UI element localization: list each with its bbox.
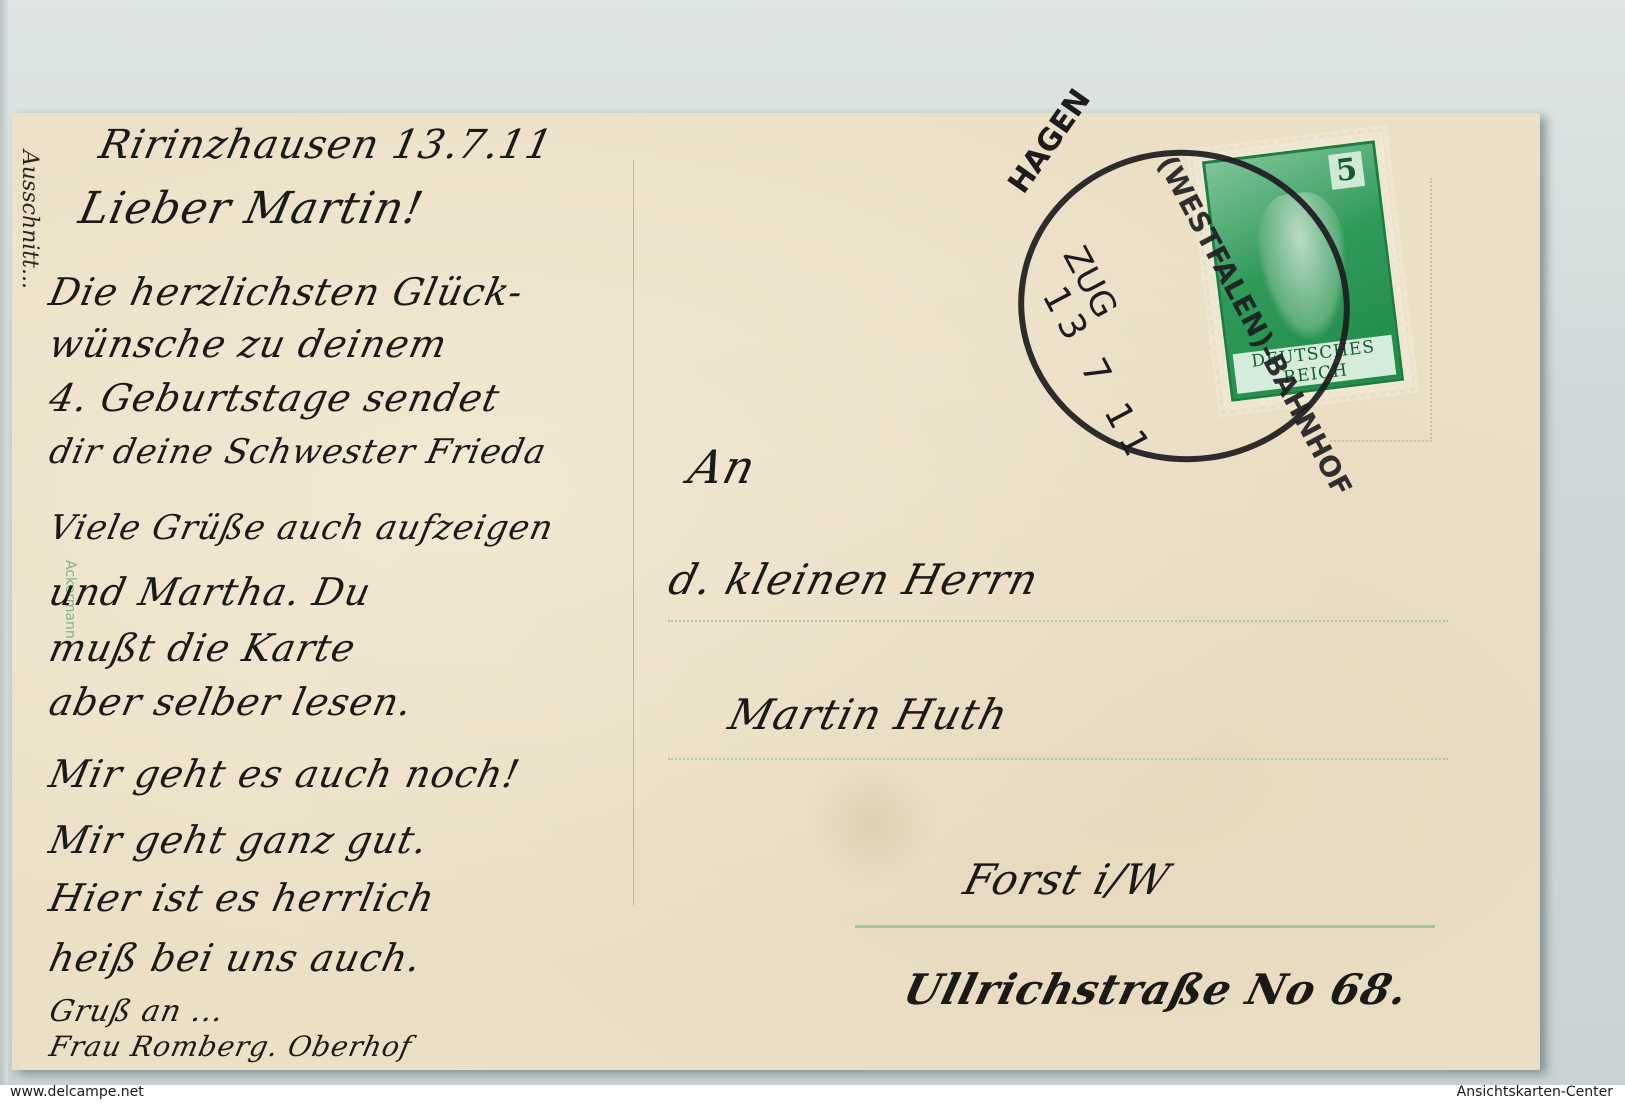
message-line: dir deine Schwester Frieda <box>46 432 550 472</box>
water-stain <box>802 763 942 883</box>
message-line: und Martha. Du <box>45 570 375 614</box>
message-line: Mir geht ganz gut. <box>45 818 432 862</box>
message-line: Frau Romberg. Oberhof <box>46 1030 415 1063</box>
margin-note: Ausschnitt... <box>17 150 42 289</box>
address-line-2: Martin Huth <box>724 690 1014 739</box>
watermark-left: www.delcampe.net <box>10 1084 144 1100</box>
message-line: 4. Geburtstage sendet <box>45 376 504 420</box>
message-line: wünsche zu deinem <box>45 322 451 366</box>
message-line: Die herzlichsten Glück- <box>45 270 527 314</box>
address-line-4: Ullrichstraße No 68. <box>899 965 1414 1014</box>
message-line: Gruß an ... <box>46 994 227 1029</box>
message-salutation: Lieber Martin! <box>75 183 428 234</box>
address-guide-line-2 <box>668 758 1448 760</box>
message-line: Mir geht es auch noch! <box>45 752 524 796</box>
address-guide-line-3 <box>855 925 1435 928</box>
message-line: aber selber lesen. <box>45 680 416 724</box>
message-line: mußt die Karte <box>45 626 360 670</box>
watermark-right: Ansichtskarten-Center <box>1457 1084 1613 1100</box>
address-line-1: d. kleinen Herrn <box>664 555 1044 604</box>
message-line: Hier ist es herrlich <box>45 876 439 920</box>
stamp-value: 5 <box>1328 151 1365 190</box>
address-line-3: Forst i/W <box>959 855 1175 904</box>
message-line: Viele Grüße auch aufzeigen <box>46 508 558 548</box>
address-guide-line-1 <box>668 620 1448 622</box>
message-place-date: Ririnzhausen 13.7.11 <box>95 122 557 168</box>
address-prefix: An <box>683 440 761 494</box>
message-line: heiß bei uns auch. <box>45 936 425 980</box>
card-divider-line <box>633 160 634 905</box>
